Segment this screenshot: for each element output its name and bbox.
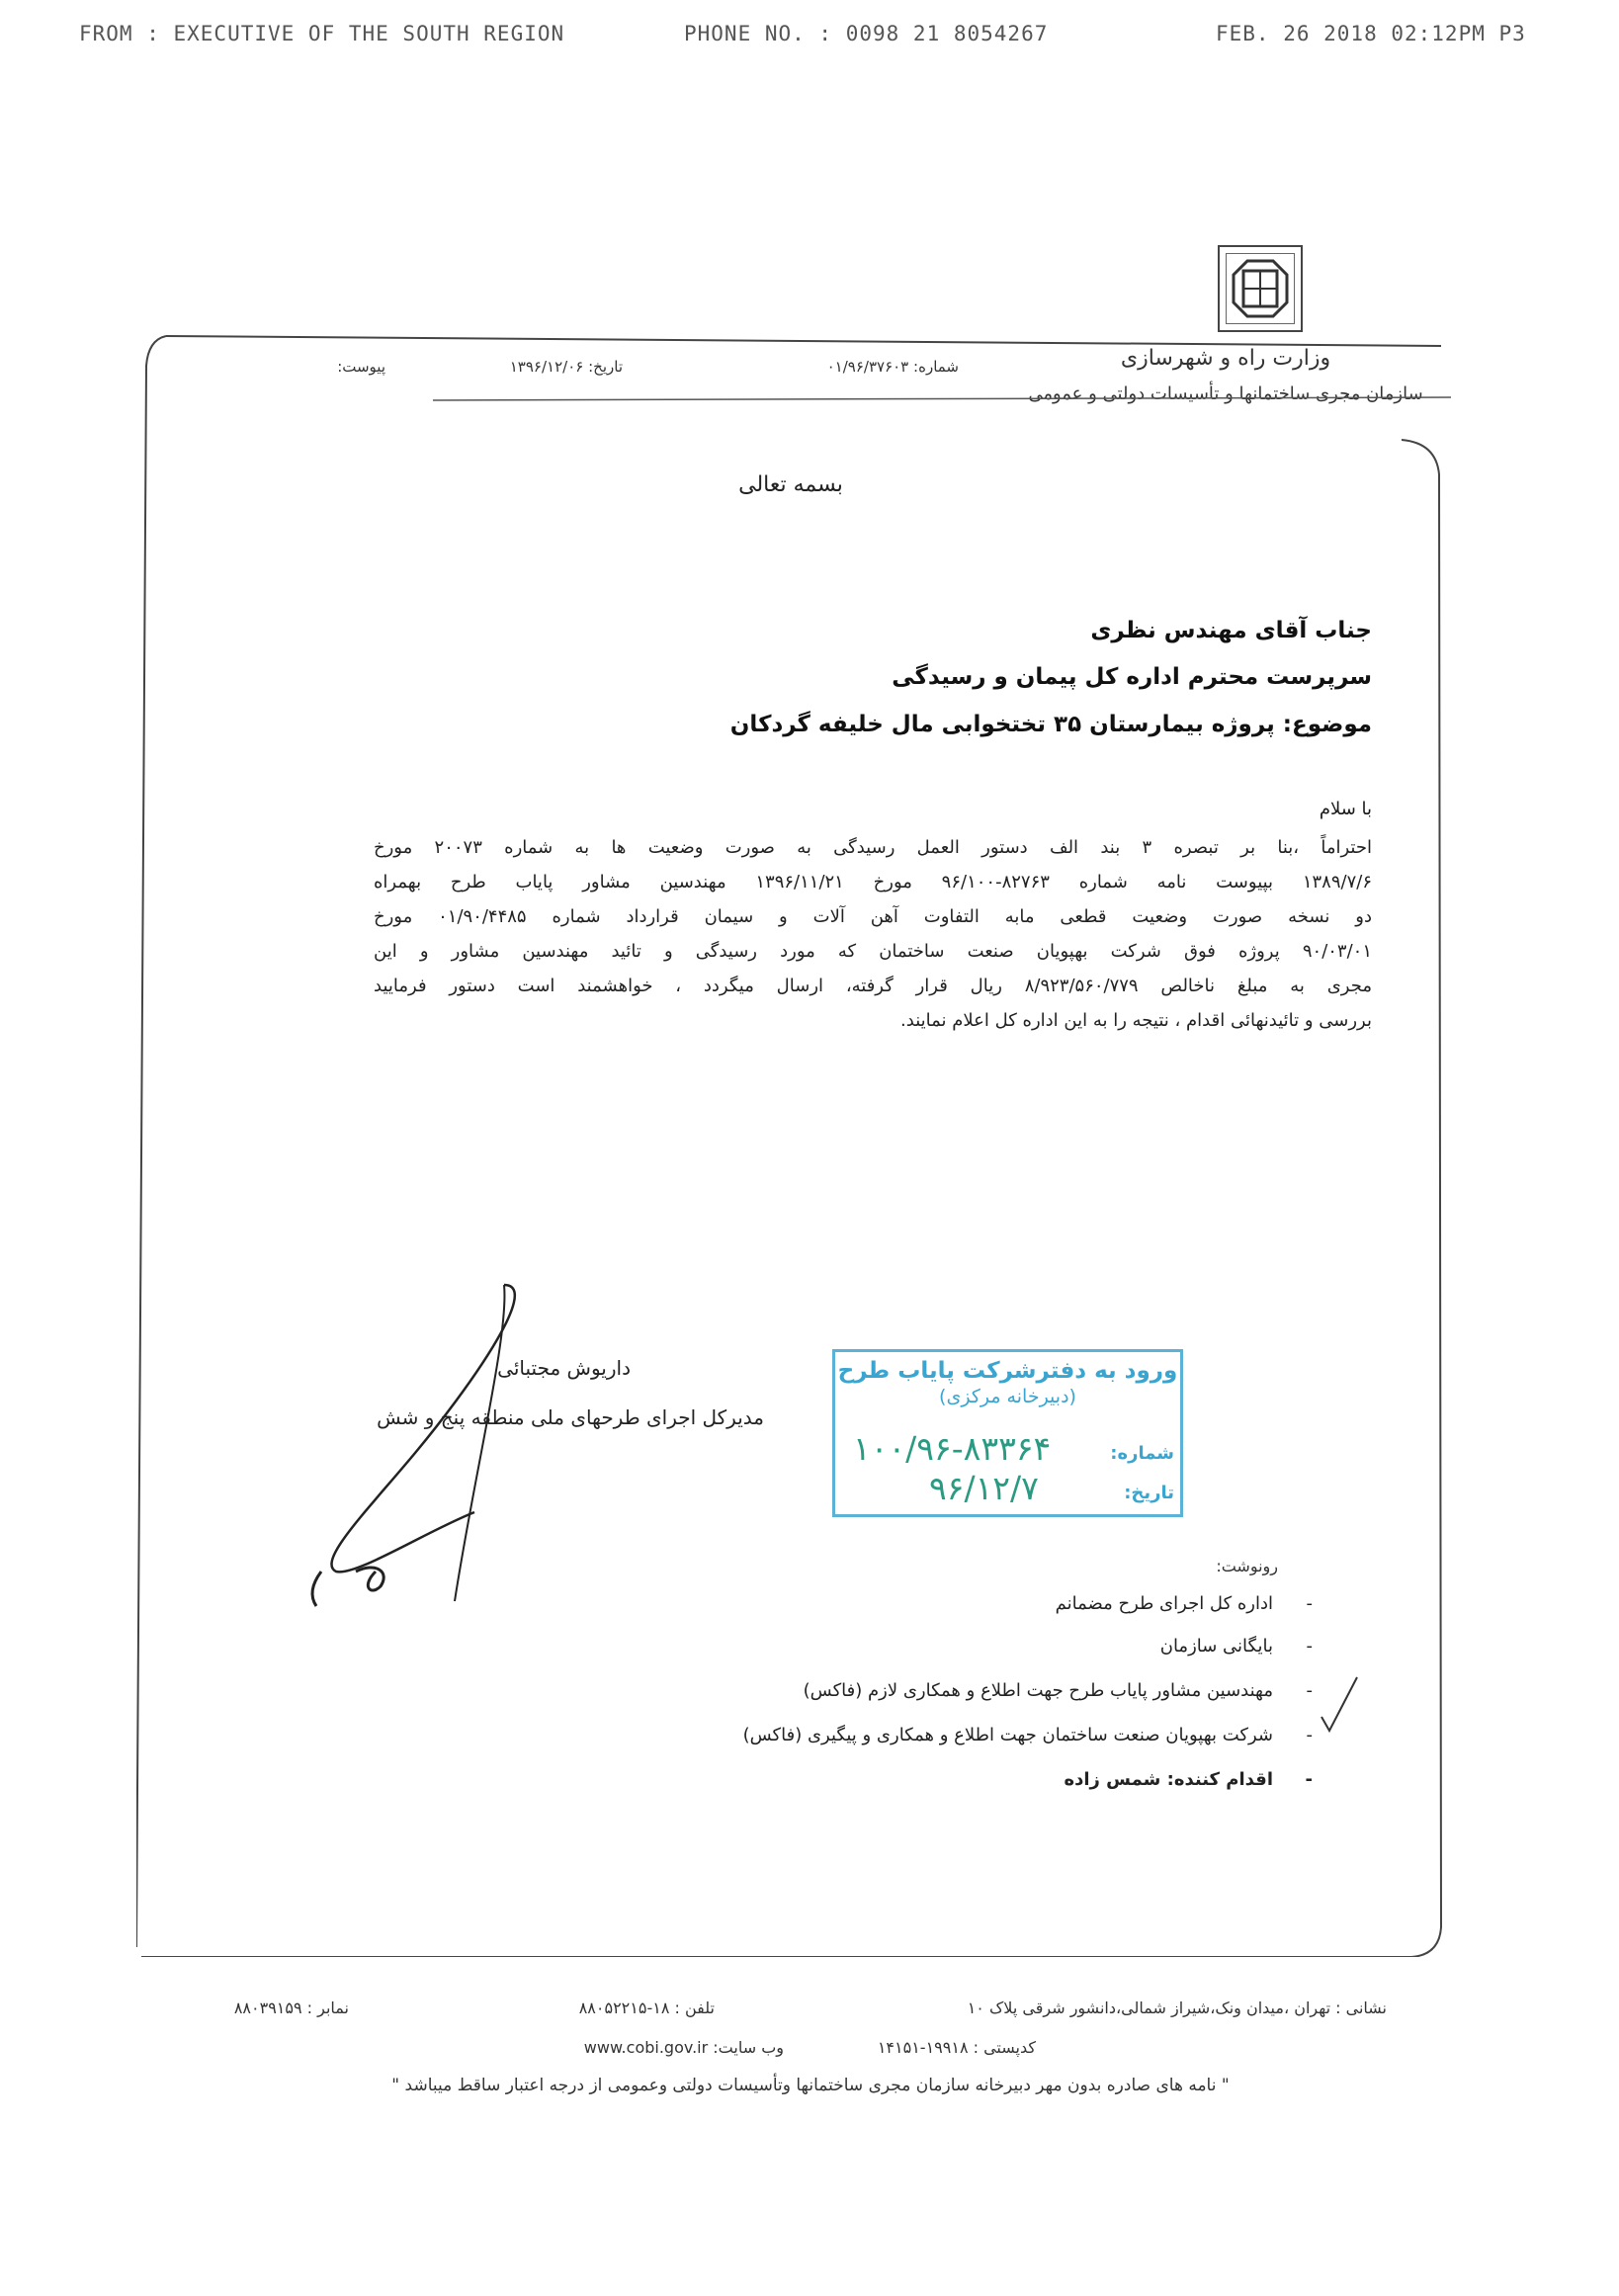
basmala: بسمه تعالی: [692, 472, 890, 497]
fax-phone: PHONE NO. : 0098 21 8054267: [684, 22, 1048, 45]
checkmark-icon: [1320, 1675, 1359, 1735]
letter-frame: [136, 326, 1451, 1957]
stamp-subtitle: (دبیرخانه مرکزی): [835, 1386, 1180, 1407]
stamp-title: ورود به دفترشرکت پایاب طرح: [835, 1358, 1180, 1384]
cc-item: -بایگانی سازمان: [1160, 1636, 1313, 1657]
letter-body: احتراماً ،بنا بر تبصره ۳ بند الف دستور ا…: [374, 830, 1372, 1038]
body-line: بررسی و تائیدنهائی اقدام ، نتیجه را به ا…: [374, 1003, 1372, 1038]
cc-item-text: شرکت بهپویان صنعت ساختمان جهت اطلاع و هم…: [743, 1725, 1273, 1745]
receipt-stamp: ورود به دفترشرکت پایاب طرح (دبیرخانه مرک…: [832, 1349, 1183, 1517]
fax-from: FROM : EXECUTIVE OF THE SOUTH REGION: [79, 22, 564, 45]
subject-line: موضوع: پروژه بیمارستان ۳۵ تختخوابی مال خ…: [730, 712, 1372, 737]
ministry-emblem-icon: [1218, 245, 1303, 332]
cc-dash: -: [1273, 1769, 1313, 1790]
body-line: مجری به مبلغ ناخالص ۸/۹۲۳/۵۶۰/۷۷۹ ریال ق…: [374, 969, 1372, 1003]
cc-item: -اداره کل اجرای طرح مضمانم: [1056, 1593, 1313, 1614]
letter-date: تاریخ: ۱۳۹۶/۱۲/۰۶: [425, 358, 623, 376]
stamp-number-label: شماره:: [1110, 1443, 1174, 1464]
footer-fax: نمابر : ۸۸۰۳۹۱۵۹: [234, 1998, 349, 2017]
cc-item: -مهندسین مشاور پایاب طرح جهت اطلاع و همک…: [804, 1680, 1313, 1701]
letter-attachment: پیوست:: [297, 358, 385, 376]
cc-dash: -: [1273, 1725, 1313, 1745]
body-line: ۱۳۸۹/۷/۶ بپیوست نامه شماره ۸۲۷۶۳-۹۶/۱۰۰ …: [374, 865, 1372, 899]
cc-dash: -: [1273, 1593, 1313, 1614]
addressee-name: جناب آقای مهندس نظری: [1090, 618, 1372, 643]
footer-phone: تلفن : ۱۸-۸۸۰۵۲۲۱۵: [579, 1998, 715, 2017]
addressee-title: سرپرست محترم اداره کل پیمان و رسیدگی: [892, 664, 1372, 690]
letter-date-value: ۱۳۹۶/۱۲/۰۶: [510, 358, 584, 376]
letter-date-label: تاریخ:: [588, 358, 623, 376]
letter-number-value: ۰۱/۹۶/۳۷۶۰۳: [827, 358, 909, 376]
stamp-date-label: تاریخ:: [1124, 1483, 1174, 1503]
cc-item-text: بایگانی سازمان: [1160, 1636, 1273, 1657]
footer-website[interactable]: وب سایت: www.cobi.gov.ir: [584, 2038, 784, 2057]
cc-dash: -: [1273, 1680, 1313, 1701]
body-line: احتراماً ،بنا بر تبصره ۳ بند الف دستور ا…: [374, 830, 1372, 865]
cc-item-text: اداره کل اجرای طرح مضمانم: [1056, 1593, 1273, 1614]
cc-item: -شرکت بهپویان صنعت ساختمان جهت اطلاع و ه…: [743, 1725, 1313, 1745]
footer-address: نشانی : تهران ،میدان ونک،شیراز شمالی،دان…: [968, 1998, 1387, 2017]
cc-item-text: اقدام کننده: شمس زاده: [1064, 1769, 1273, 1790]
cc-item-text: مهندسین مشاور پایاب طرح جهت اطلاع و همکا…: [804, 1680, 1273, 1701]
body-line: دو نسخه صورت وضعیت قطعی مابه التفاوت آهن…: [374, 899, 1372, 934]
greeting: با سلام: [1320, 799, 1372, 819]
signatory-name: داریوش مجتبائی: [497, 1356, 631, 1380]
letter-number-label: شماره:: [913, 358, 959, 376]
signatory-title: مدیرکل اجرای طرحهای ملی منطقه پنج و شش: [377, 1405, 764, 1429]
signature-scribble: [297, 1275, 554, 1611]
stamp-date-value: ۹۶/۱۲/۷: [929, 1469, 1039, 1507]
footer-postal: کدپستی : ۱۹۹۱۸-۱۴۱۵۱: [878, 2038, 1036, 2057]
stamp-number-value: ۱۰۰/۹۶-۸۳۳۶۴: [853, 1429, 1051, 1468]
letter-number: شماره: ۰۱/۹۶/۳۷۶۰۳: [682, 358, 959, 376]
fax-datetime: FEB. 26 2018 02:12PM P3: [1216, 22, 1526, 45]
cc-dash: -: [1273, 1636, 1313, 1657]
cc-item: -اقدام کننده: شمس زاده: [1064, 1769, 1313, 1790]
footer-notice: " نامه های صادره بدون مهر دبیرخانه سازما…: [267, 2076, 1354, 2095]
cc-title: رونوشت:: [1216, 1557, 1278, 1575]
body-line: ۹۰/۰۳/۰۱ پروژه فوق شرکت بهپویان صنعت ساخ…: [374, 934, 1372, 969]
